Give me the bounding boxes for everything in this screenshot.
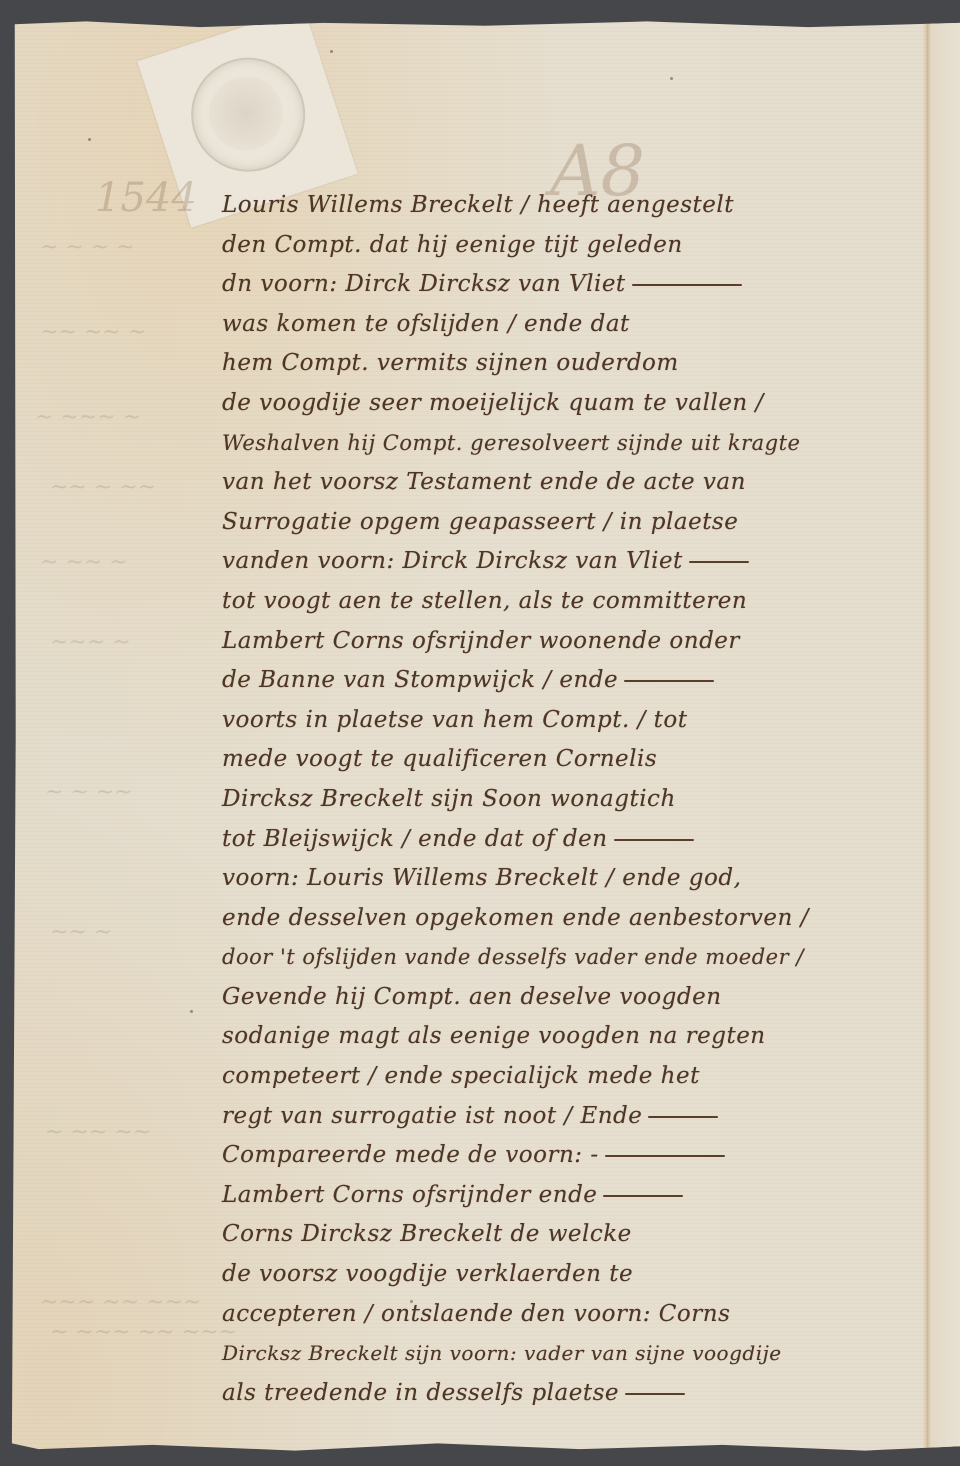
line-filler-stroke	[648, 1116, 718, 1118]
manuscript-text-body: Louris Willems Breckelt / heeft aengeste…	[222, 186, 922, 1413]
manuscript-line: tot Bleijswijck / ende dat of den	[222, 820, 922, 860]
line-text: competeert / ende specialijck mede het	[222, 1063, 700, 1089]
line-text: Dircksz Breckelt sijn Soon wonagtich	[222, 786, 676, 812]
manuscript-line: ende desselven opgekomen ende aenbestorv…	[222, 899, 922, 939]
line-text: voorts in plaetse van hem Compt. / tot	[222, 707, 688, 733]
line-filler-stroke	[625, 1393, 685, 1395]
line-text: Gevende hij Compt. aen deselve voogden	[222, 984, 722, 1010]
manuscript-line: mede voogt te qualificeren Cornelis	[222, 740, 922, 780]
line-text: door 't ofslijden vande desselfs vader e…	[222, 945, 804, 969]
manuscript-line: Weshalven hij Compt. geresolveert sijnde…	[222, 424, 922, 464]
manuscript-line: Lambert Corns ofsrijnder woonende onder	[222, 622, 922, 662]
bleed-through-text: ~ ~~ ~	[40, 550, 128, 575]
page-fold-line	[923, 20, 931, 1452]
manuscript-line: voorts in plaetse van hem Compt. / tot	[222, 701, 922, 741]
paper-speck	[88, 138, 91, 141]
manuscript-line: vanden voorn: Dirck Dircksz van Vliet	[222, 542, 922, 582]
manuscript-line: door 't ofslijden vande desselfs vader e…	[222, 938, 922, 978]
line-text: de voorsz voogdije verklaerden te	[222, 1261, 633, 1287]
line-text: Compareerde mede de voorn: -	[222, 1142, 599, 1168]
line-filler-stroke	[689, 561, 749, 563]
line-filler-stroke	[605, 1155, 725, 1157]
manuscript-line: den Compt. dat hij eenige tijt geleden	[222, 226, 922, 266]
line-text: Lambert Corns ofsrijnder ende	[222, 1182, 597, 1208]
line-text: de voogdije seer moeijelijck quam te val…	[222, 390, 764, 416]
manuscript-line: was komen te ofslijden / ende dat	[222, 305, 922, 345]
adjacent-page-edge	[931, 20, 960, 1452]
line-filler-stroke	[614, 839, 694, 841]
manuscript-line: de voogdije seer moeijelijck quam te val…	[222, 384, 922, 424]
bleed-through-text: ~ ~~~ ~	[35, 405, 141, 430]
line-text: Corns Dircksz Breckelt de welcke	[222, 1221, 632, 1247]
paper-speck	[190, 1010, 193, 1013]
line-text: de Banne van Stompwijck / ende	[222, 667, 618, 693]
line-text: dn voorn: Dirck Dircksz van Vliet	[222, 271, 626, 297]
line-filler-stroke	[603, 1195, 683, 1197]
line-text: mede voogt te qualificeren Cornelis	[222, 746, 657, 772]
line-text: Louris Willems Breckelt / heeft aengeste…	[222, 192, 734, 218]
line-text: sodanige magt als eenige voogden na regt…	[222, 1023, 766, 1049]
manuscript-line: voorn: Louris Willems Breckelt / ende go…	[222, 859, 922, 899]
manuscript-line: Louris Willems Breckelt / heeft aengeste…	[222, 186, 922, 226]
manuscript-line: tot voogt aen te stellen, als te committ…	[222, 582, 922, 622]
line-text: Surrogatie opgem geapasseert / in plaets…	[222, 509, 738, 535]
bleed-through-text: ~ ~ ~~	[45, 780, 133, 805]
manuscript-line: Dircksz Breckelt sijn voorn: vader van s…	[222, 1334, 922, 1374]
manuscript-line: Surrogatie opgem geapasseert / in plaets…	[222, 503, 922, 543]
manuscript-line: Dircksz Breckelt sijn Soon wonagtich	[222, 780, 922, 820]
line-text: Weshalven hij Compt. geresolveert sijnde…	[222, 431, 800, 455]
bleed-through-text: ~ ~~ ~~	[45, 1120, 151, 1145]
manuscript-line: de voorsz voogdije verklaerden te	[222, 1255, 922, 1295]
bleed-through-text: ~~ ~~ ~	[40, 320, 146, 345]
line-text: tot voogt aen te stellen, als te committ…	[222, 588, 747, 614]
bleed-through-text: ~~ ~ ~~	[50, 475, 156, 500]
line-text: was komen te ofslijden / ende dat	[222, 311, 630, 337]
manuscript-line: hem Compt. vermits sijnen ouderdom	[222, 344, 922, 384]
bleed-through-text: ~ ~ ~ ~	[40, 235, 135, 260]
manuscript-line: Gevende hij Compt. aen deselve voogden	[222, 978, 922, 1018]
line-text: Lambert Corns ofsrijnder woonende onder	[222, 628, 740, 654]
manuscript-line: van het voorsz Testament ende de acte va…	[222, 463, 922, 503]
line-text: voorn: Louris Willems Breckelt / ende go…	[222, 865, 741, 891]
line-text: van het voorsz Testament ende de acte va…	[222, 469, 746, 495]
manuscript-line: accepteren / ontslaende den voorn: Corns	[222, 1295, 922, 1335]
manuscript-line: sodanige magt als eenige voogden na regt…	[222, 1017, 922, 1057]
line-text: den Compt. dat hij eenige tijt geleden	[222, 232, 683, 258]
manuscript-line: Compareerde mede de voorn: -	[222, 1136, 922, 1176]
bleed-through-text: ~~~ ~	[50, 630, 131, 655]
bleed-through-text: ~~~ ~~ ~~~	[40, 1290, 201, 1315]
manuscript-line: dn voorn: Dirck Dircksz van Vliet	[222, 265, 922, 305]
line-filler-stroke	[624, 680, 714, 682]
line-text: vanden voorn: Dirck Dircksz van Vliet	[222, 548, 683, 574]
paper-speck	[330, 50, 333, 53]
manuscript-line: als treedende in desselfs plaetse	[222, 1374, 922, 1414]
manuscript-line: competeert / ende specialijck mede het	[222, 1057, 922, 1097]
line-text: ende desselven opgekomen ende aenbestorv…	[222, 905, 809, 931]
line-text: als treedende in desselfs plaetse	[222, 1380, 619, 1406]
manuscript-line: de Banne van Stompwijck / ende	[222, 661, 922, 701]
line-filler-stroke	[632, 284, 742, 286]
bleed-through-text: ~~ ~	[50, 920, 112, 945]
bleed-through-text: ~ ~~~ ~~ ~~~	[50, 1320, 237, 1345]
bleed-through-number: 1544	[95, 175, 197, 221]
manuscript-line: Corns Dircksz Breckelt de welcke	[222, 1215, 922, 1255]
line-text: accepteren / ontslaende den voorn: Corns	[222, 1301, 730, 1327]
line-text: tot Bleijswijck / ende dat of den	[222, 826, 608, 852]
line-text: Dircksz Breckelt sijn voorn: vader van s…	[222, 1341, 782, 1365]
line-text: regt van surrogatie ist noot / Ende	[222, 1103, 642, 1129]
line-text: hem Compt. vermits sijnen ouderdom	[222, 350, 679, 376]
manuscript-line: Lambert Corns ofsrijnder ende	[222, 1176, 922, 1216]
paper-speck	[670, 77, 673, 80]
manuscript-line: regt van surrogatie ist noot / Ende	[222, 1097, 922, 1137]
